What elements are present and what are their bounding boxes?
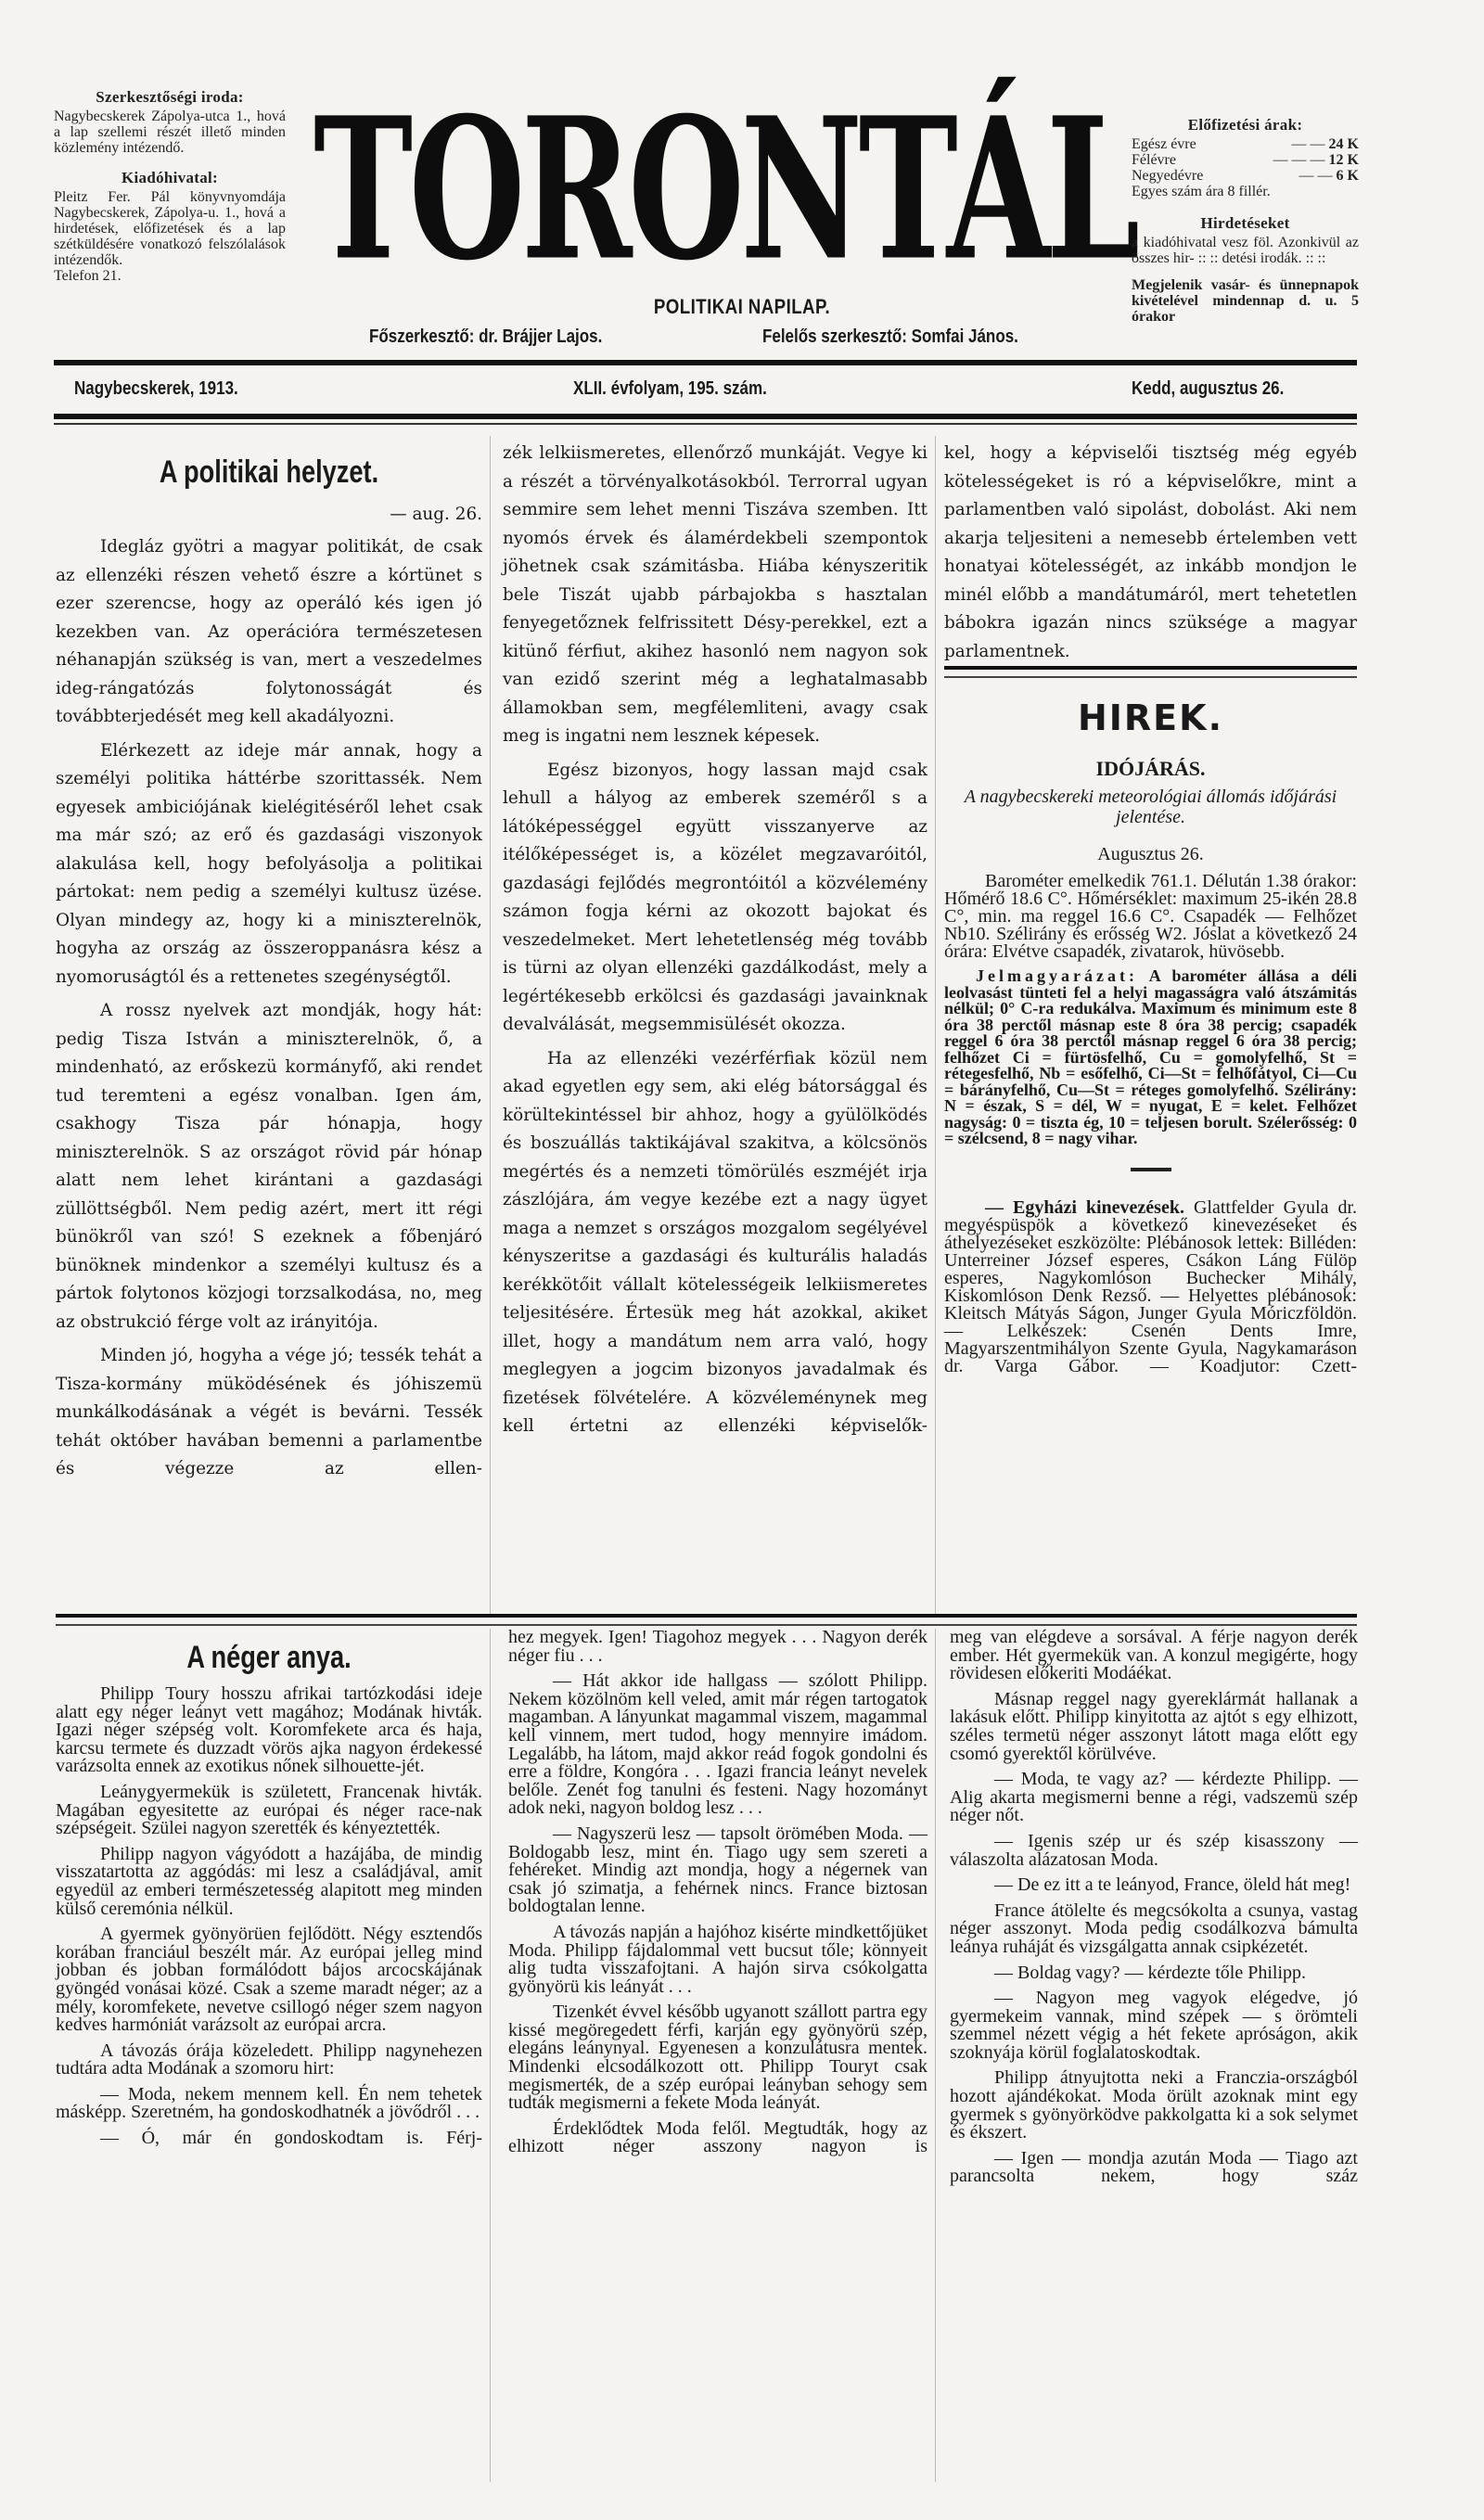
dateline-rule — [54, 414, 1357, 419]
dateline-volume-issue: XLII. évfolyam, 195. szám. — [573, 378, 767, 400]
paragraph: zék lelkiismeretes, ellenőrző munkáját. … — [503, 440, 927, 751]
paragraph: Philipp nagyon vágyódott a hazájába, de … — [56, 1846, 482, 1918]
ads-title: Hirdetéseket — [1132, 214, 1359, 233]
paragraph: Elérkezett az ideje már annak, hogy a sz… — [56, 737, 482, 992]
subscription-title: Előfizetési árak: — [1132, 116, 1359, 134]
paragraph: A távozás órája közeledett. Philipp nagy… — [56, 2042, 482, 2079]
price-row: Egész évre — — 24 K — [1132, 136, 1359, 152]
column-divider — [935, 1629, 936, 2482]
article-politics-col1: A politikai helyzet. — aug. 26. Idegláz … — [56, 454, 482, 1484]
paragraph: Leánygyermekük is született, Francenak h… — [56, 1784, 482, 1838]
weather-legend: Jelmagyarázat: A barométer állása a déli… — [944, 968, 1357, 1147]
column-divider — [490, 436, 491, 1614]
church-appointments: — Egyházi kinevezések. Glattfelder Gyula… — [944, 1199, 1357, 1375]
paragraph: — Igen — mondja azután Moda — Tiago azt … — [950, 2150, 1358, 2186]
paragraph: Tizenkét évvel később ugyanott szállott … — [508, 2003, 927, 2113]
paragraph: — Moda, nekem mennem kell. Én nem tehete… — [56, 2086, 482, 2122]
news-section: HIREK. IDÓJÁRÁS. A nagybecskereki meteor… — [944, 697, 1357, 1375]
article-story-col1: A néger anya. Philipp Toury hosszu afrik… — [56, 1640, 482, 2148]
article-politics-date: — aug. 26. — [56, 502, 482, 528]
article-story-col3: meg van elégdeve a sorsával. A férje nag… — [950, 1629, 1358, 2186]
newspaper-logo: TORONTÁL — [313, 93, 868, 288]
weather-date: Augusztus 26. — [944, 844, 1357, 865]
column-divider — [935, 436, 936, 1614]
paragraph: — Boldag vagy? — kérdezte tőle Philipp. — [950, 1964, 1358, 1983]
paragraph: Minden jó, hogyha a vége jó; tessék tehá… — [56, 1342, 482, 1484]
dateline-place-year: Nagybecskerek, 1913. — [74, 378, 238, 400]
dateline-date: Kedd, augusztus 26. — [1132, 378, 1284, 400]
editorial-office-box: Szerkesztőségi iroda: Nagybecskerek Zápo… — [54, 88, 286, 284]
article-politics-col2: zék lelkiismeretes, ellenőrző munkáját. … — [503, 440, 927, 1441]
paragraph: — Nagyszerü lesz — tapsolt örömében Moda… — [508, 1825, 927, 1916]
paragraph: France átölelte és megcsókolta a csunya,… — [950, 1902, 1358, 1957]
paragraph: — De ez itt a te leányod, France, öleld … — [950, 1876, 1358, 1895]
weather-title: IDÓJÁRÁS. — [944, 757, 1357, 781]
paragraph: Ha az ellenzéki vezérférfiak közül nem a… — [503, 1045, 927, 1441]
weather-report: Barométer emelkedik 761.1. Délután 1.38 … — [944, 873, 1357, 961]
page-divider — [56, 1614, 1357, 1626]
paragraph: Philipp átnyujtotta neki a Franczia-orsz… — [950, 2069, 1358, 2142]
paragraph: A gyermek gyönyörüen fejlődött. Négy esz… — [56, 1925, 482, 2035]
publisher-text: Pleitz Fer. Pál könyvnyomdája Nagybecske… — [54, 189, 286, 268]
subscription-box: Előfizetési árak: Egész évre — — 24 K Fé… — [1132, 116, 1359, 325]
paragraph: A távozás napján a hajóhoz kisérte mindk… — [508, 1924, 927, 1996]
ads-text: a kiadóhivatal vesz föl. Azonkivül az ös… — [1132, 235, 1359, 266]
article-politics-col3: kel, hogy a képviselői tisztség még egyé… — [944, 440, 1357, 666]
paragraph: — Moda, te vagy az? — kérdezte Philipp. … — [950, 1771, 1358, 1825]
paragraph: hez megyek. Igen! Tiagohoz megyek . . . … — [508, 1629, 927, 1665]
paragraph: — Hát akkor ide hallgass — szólott Phili… — [508, 1672, 927, 1818]
paragraph: Másnap reggel nagy gyereklármát hallanak… — [950, 1691, 1358, 1763]
dateline-rule-thin — [54, 423, 1357, 425]
paragraph: Philipp Toury hosszu afrikai tartózkodás… — [56, 1685, 482, 1776]
editor-in-chief: Főszerkesztő: dr. Brájjer Lajos. — [369, 326, 602, 348]
paragraph: Egész bizonyos, hogy lassan majd csak le… — [503, 757, 927, 1040]
responsible-editor: Felelős szerkesztő: Somfai János. — [762, 326, 1018, 348]
publication-schedule: Megjelenik vasár- és ünnepnapok kivételé… — [1132, 277, 1359, 325]
paragraph: meg van elégdeve a sorsával. A férje nag… — [950, 1629, 1358, 1683]
short-divider — [1131, 1168, 1171, 1171]
masthead-rule — [54, 360, 1357, 365]
news-section-title: HIREK. — [944, 697, 1357, 738]
column-divider — [490, 1629, 491, 2482]
paragraph: — Igenis szép ur és szép kisasszony — vá… — [950, 1833, 1358, 1869]
paragraph: kel, hogy a képviselői tisztség még egyé… — [944, 440, 1357, 666]
publisher-title: Kiadóhivatal: — [54, 169, 286, 187]
single-issue-price: Egyes szám ára 8 fillér. — [1132, 184, 1359, 199]
article-politics-headline: A politikai helyzet. — [98, 454, 440, 491]
paragraph: — Ó, már én gondoskodtam is. Férj- — [56, 2130, 482, 2148]
weather-legend-text: A barométer állása a déli leolvasást tün… — [944, 966, 1357, 1147]
article-story-headline: A néger anya. — [98, 1640, 440, 1676]
paragraph: Idegláz gyötri a magyar politikát, de cs… — [56, 533, 482, 732]
price-row: Negyedévre — — 6 K — [1132, 168, 1359, 184]
article-story-col2: hez megyek. Igen! Tiagohoz megyek . . . … — [508, 1629, 927, 2156]
paragraph: — Nagyon meg vagyok elégedve, jó gyermek… — [950, 1989, 1358, 2062]
publisher-phone: Telefon 21. — [54, 268, 286, 284]
price-row: Félévre — — — 12 K — [1132, 152, 1359, 168]
editorial-office-text: Nagybecskerek Zápolya-utca 1., hová a la… — [54, 109, 286, 156]
church-appointments-text: Glattfelder Gyula dr. megyéspüspök a köv… — [944, 1197, 1357, 1376]
weather-subtitle: A nagybecskereki meteorológiai állomás i… — [944, 787, 1357, 827]
editorial-office-title: Szerkesztőségi iroda: — [54, 88, 286, 107]
section-divider — [944, 666, 1357, 678]
paragraph: Érdeklődtek Moda felől. Megtudták, hogy … — [508, 2120, 927, 2156]
paragraph: A rossz nyelvek azt mondják, hogy hát: p… — [56, 997, 482, 1337]
